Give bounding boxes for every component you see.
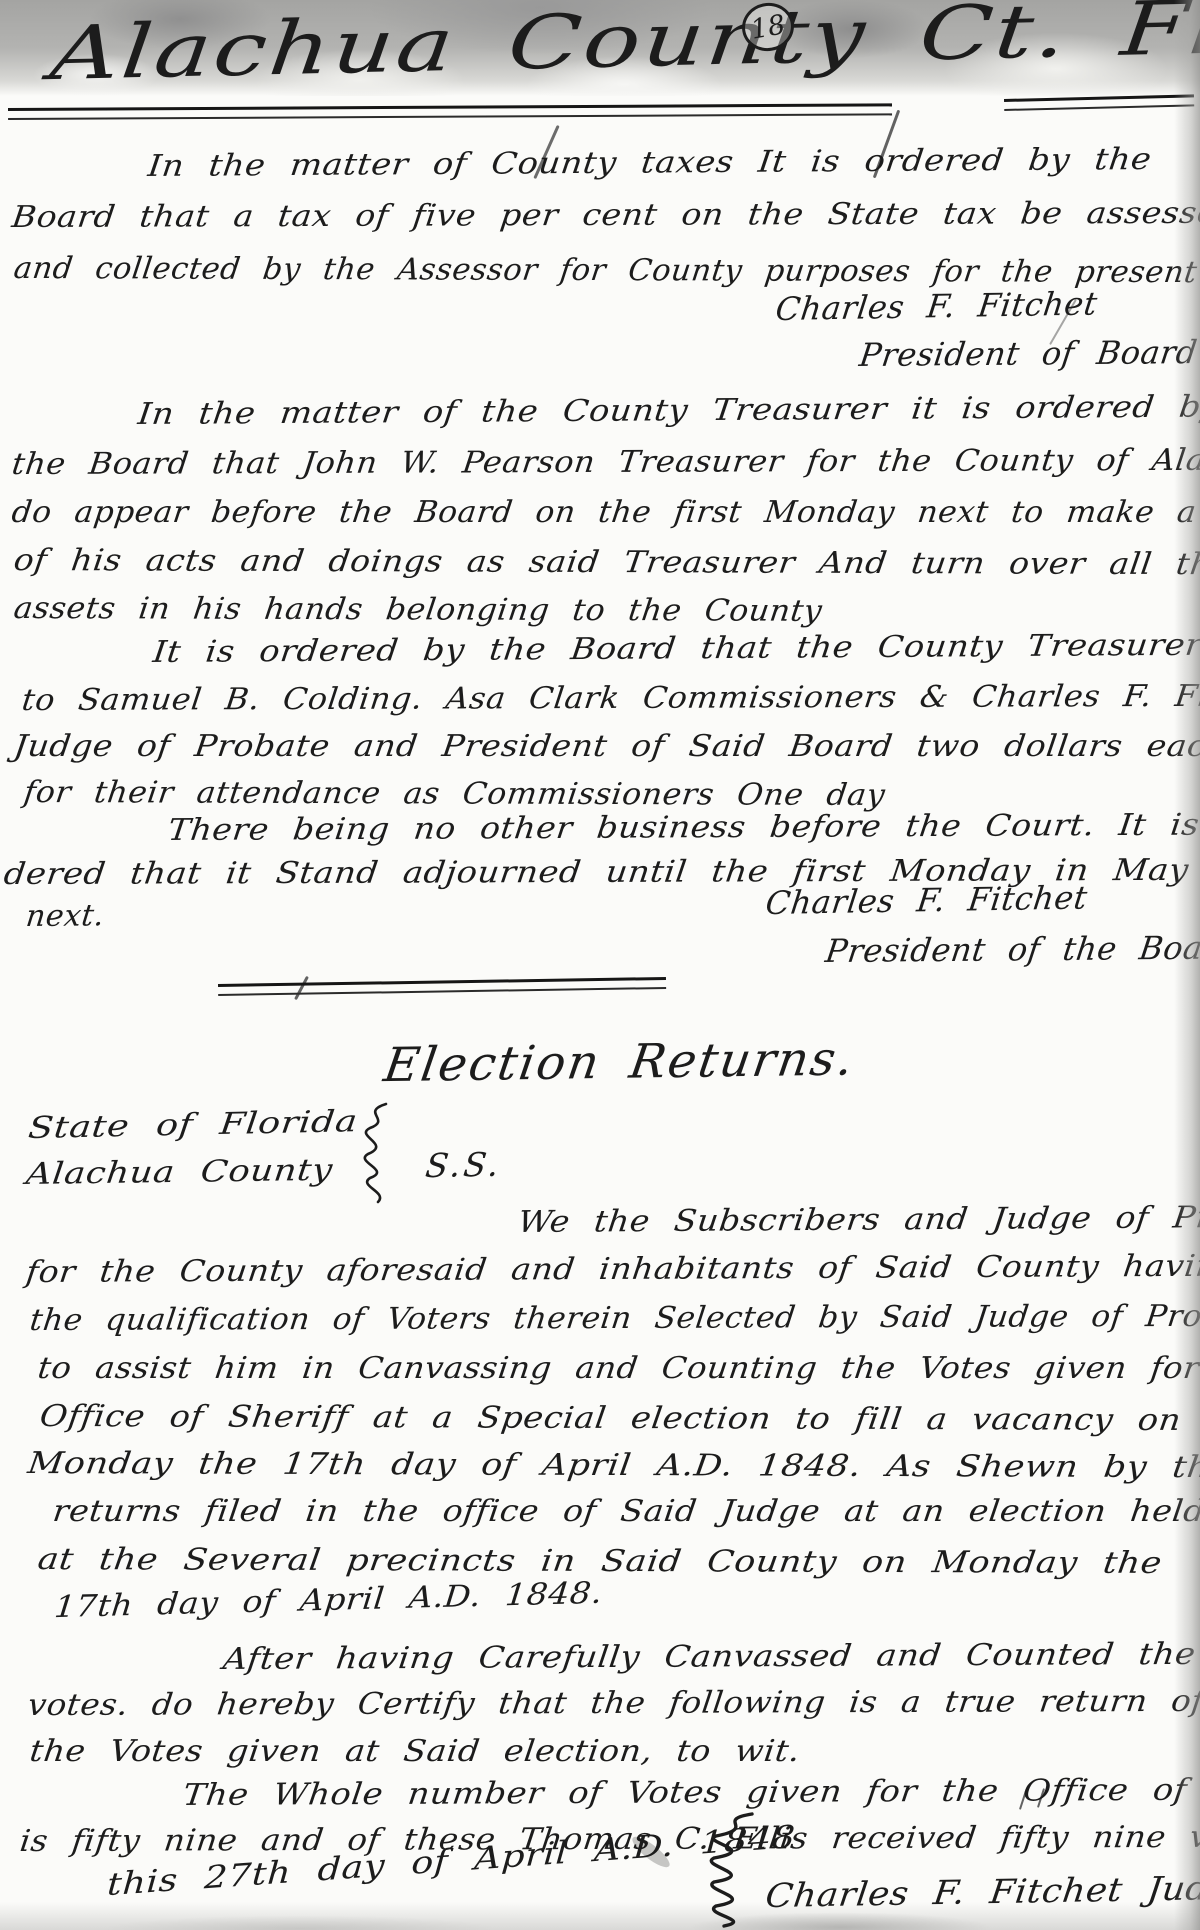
manuscript-line: Board that a tax of five per cent on the… <box>10 197 1200 234</box>
manuscript-line: for their attendance as Commissioners On… <box>22 776 887 812</box>
manuscript-line: After having Carefully Canvassed and Cou… <box>221 1638 1197 1676</box>
election-returns-heading: Election Returns. <box>381 1033 859 1091</box>
manuscript-line: the Board that John W. Pearson Treasurer… <box>10 444 1200 481</box>
scan-artifact-right-edge <box>1174 0 1200 1930</box>
header-rule-right <box>1004 94 1194 111</box>
signature-title-line: President of Board <box>857 335 1199 373</box>
manuscript-line: returns filed in the office of Said Judg… <box>51 1495 1200 1528</box>
venue-state-line: State of Florida <box>27 1105 360 1145</box>
manuscript-page: Alachua County Ct. Fla 18 In the matter … <box>0 0 1200 1930</box>
manuscript-line: The Whole number of Votes given for the … <box>181 1773 1200 1812</box>
manuscript-line: Monday the 17th day of April A.D. 1848. … <box>26 1447 1200 1484</box>
manuscript-line: It is ordered by the Board that the Coun… <box>151 628 1200 669</box>
header-rule-left <box>8 103 892 120</box>
closing-signature: Charles F. Fitchet Judge <box>764 1869 1200 1914</box>
manuscript-line: of his acts and doings as said Treasurer… <box>12 544 1200 581</box>
manuscript-line: Judge of Probate and President of Said B… <box>12 730 1200 763</box>
signature-line: Charles F. Fitchet <box>764 880 1090 921</box>
venue-ss-label: S.S. <box>424 1147 504 1185</box>
manuscript-line: to assist him in Canvassing and Counting… <box>36 1352 1200 1385</box>
venue-county-line: Alachua County <box>24 1154 334 1191</box>
manuscript-line: at the Several precincts in Said County … <box>36 1543 1164 1580</box>
manuscript-line: 17th day of April A.D. 1848. <box>53 1577 604 1624</box>
signature-title-line: President of the Board <box>823 930 1200 969</box>
closing-flourish-icon <box>694 1808 768 1930</box>
manuscript-line: do appear before the Board on the first … <box>10 496 1200 529</box>
manuscript-line: next. <box>24 899 106 933</box>
venue-brace-icon <box>352 1102 396 1206</box>
manuscript-line: and collected by the Assessor for County… <box>12 252 1200 289</box>
signature-line: Charles F. Fitchet <box>774 286 1100 327</box>
manuscript-line: In the matter of County taxes It is orde… <box>146 143 1153 183</box>
manuscript-line: for the County aforesaid and inhabitants… <box>24 1250 1200 1289</box>
manuscript-line: votes. do hereby Certify that the follow… <box>26 1685 1200 1722</box>
section-divider-rule <box>218 977 666 996</box>
manuscript-line: There being no other business before the… <box>166 808 1200 847</box>
manuscript-line: In the matter of the County Treasurer it… <box>136 390 1200 431</box>
manuscript-line: assets in his hands belonging to the Cou… <box>12 592 824 628</box>
manuscript-line: Office of Sheriff at a Special election … <box>38 1400 1183 1437</box>
manuscript-line: We the Subscribers and Judge of Probate <box>516 1200 1200 1239</box>
manuscript-line: the qualification of Voters therein Sele… <box>28 1300 1200 1337</box>
manuscript-line: the Votes given at Said election, to wit… <box>28 1735 802 1768</box>
page-number: 18 <box>748 9 787 45</box>
manuscript-line: to Samuel B. Colding. Asa Clark Commissi… <box>20 680 1200 717</box>
